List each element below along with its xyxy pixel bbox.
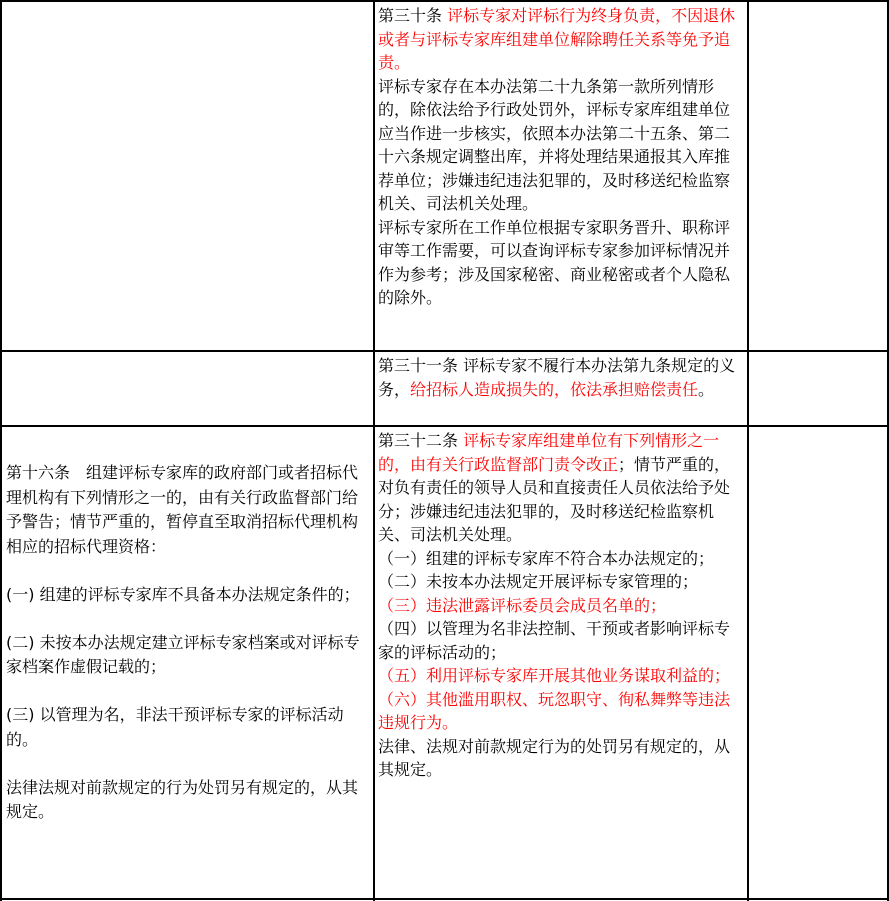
article-32-item-4: （四）以管理为名非法控制、干预或者影响评标专家的评标活动的；	[378, 617, 744, 664]
comparison-table: 第三十条 评标专家对评标行为终身负责，不因退休或者与评标专家库组建单位解除聘任关…	[0, 0, 889, 901]
article-31-highlight: 给招标人造成损失的，依法承担赔偿责任	[410, 380, 698, 399]
article-32-item-5: （五）利用评标专家库开展其他业务谋取利益的；	[378, 664, 744, 688]
table-border-left	[0, 0, 2, 901]
article-16-para-1: 第十六条 组建评标专家库的政府部门或者招标代理机构有下列情形之一的，由有关行政监…	[6, 461, 368, 559]
row2-new-text-cell: 第三十一条 评标专家不履行本办法第九条规定的义务，给招标人造成损失的，依法承担赔…	[378, 354, 744, 401]
row3-old-text-cell: 第十六条 组建评标专家库的政府部门或者招标代理机构有下列情形之一的，由有关行政监…	[6, 461, 368, 825]
article-32-item-3: （三）违法泄露评标委员会成员名单的；	[378, 594, 744, 618]
article-32-item-6: （六）其他滥用职权、玩忽职守、徇私舞弊等违法违规行为。	[378, 688, 744, 735]
article-16-item-1: (一) 组建的评标专家库不具备本办法规定条件的；	[6, 583, 368, 608]
row2-note-cell	[749, 352, 887, 425]
row3-new-text-cell: 第三十二条 评标专家库组建单位有下列情形之一的，由有关行政监督部门责令改正；情节…	[378, 429, 744, 782]
article-32-item-1: （一）组建的评标专家库不符合本办法规定的；	[378, 547, 744, 571]
row3-note-cell	[749, 427, 887, 898]
article-30-para-2: 评标专家存在本办法第二十九条第一款所列情形的，除依法给予行政处罚外，评标专家库组…	[378, 75, 744, 216]
article-32-para-last: 法律、法规对前款规定行为的处罚另有规定的，从其规定。	[378, 735, 744, 782]
article-31-end: 。	[698, 380, 714, 399]
column-divider-1	[373, 0, 375, 901]
article-32-item-2: （二）未按本办法规定开展评标专家管理的；	[378, 570, 744, 594]
row1-new-text-cell: 第三十条 评标专家对评标行为终身负责，不因退休或者与评标专家库组建单位解除聘任关…	[378, 4, 744, 310]
article-30-para-1: 第三十条 评标专家对评标行为终身负责，不因退休或者与评标专家库组建单位解除聘任关…	[378, 4, 744, 75]
article-30-title: 第三十条	[378, 6, 447, 25]
article-32-title: 第三十二条	[378, 431, 463, 450]
row1-note-cell	[749, 2, 887, 350]
article-16-item-2: (二) 未按本办法规定建立评标专家档案或对评标专家档案作虚假记载的；	[6, 631, 368, 680]
table-border-bottom	[0, 898, 889, 900]
article-16-item-3: (三) 以管理为名，非法干预评标专家的评标活动的。	[6, 703, 368, 752]
article-16-para-last: 法律法规对前款规定的行为处罚另有规定的，从其规定。	[6, 776, 368, 825]
article-30-para-3: 评标专家所在工作单位根据专家职务晋升、职称评审等工作需要，可以查询评标专家参加评…	[378, 216, 744, 310]
article-31-para: 第三十一条 评标专家不履行本办法第九条规定的义务，给招标人造成损失的，依法承担赔…	[378, 354, 744, 401]
article-32-para-1: 第三十二条 评标专家库组建单位有下列情形之一的，由有关行政监督部门责令改正；情节…	[378, 429, 744, 547]
